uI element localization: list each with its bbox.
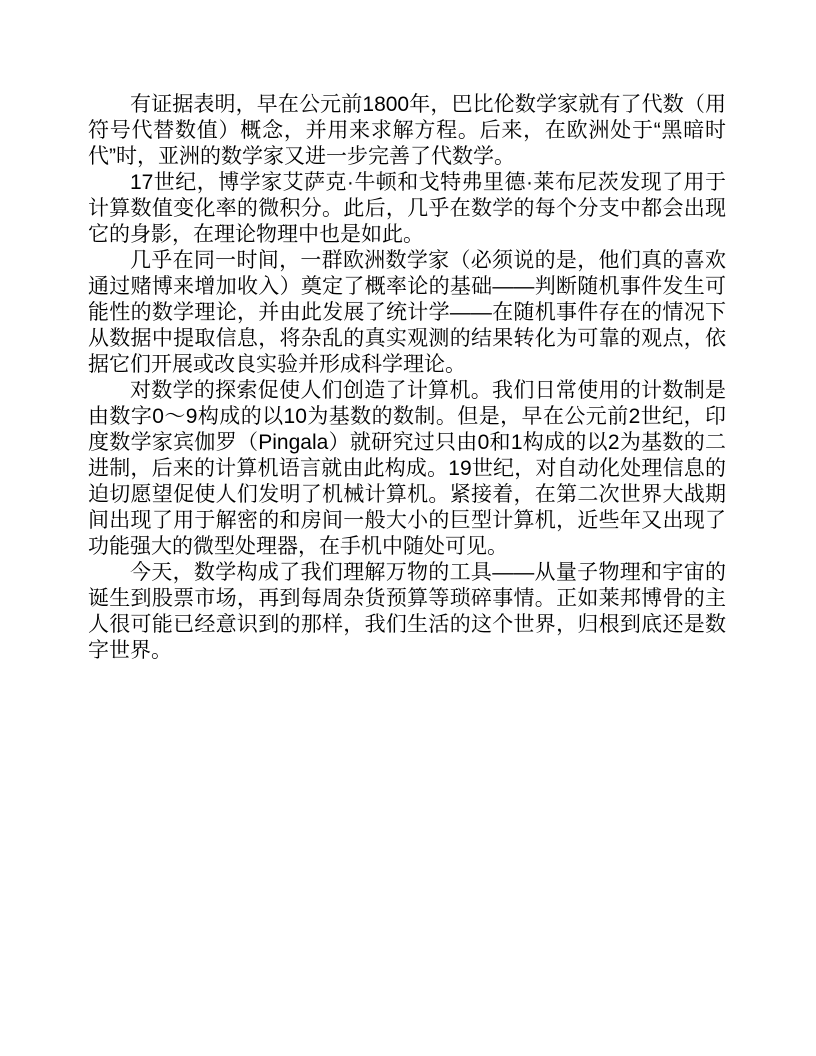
paragraph-conclusion: 今天，数学构成了我们理解万物的工具——从量子物理和宇宙的诞生到股票市场，再到每周… <box>88 560 726 664</box>
paragraph-algebra-history: 有证据表明，早在公元前1800年，巴比伦数学家就有了代数（用符号代替数值）概念，… <box>88 92 726 170</box>
document-page: 有证据表明，早在公元前1800年，巴比伦数学家就有了代数（用符号代替数值）概念，… <box>0 0 816 1056</box>
body-text: 有证据表明，早在公元前1800年，巴比伦数学家就有了代数（用符号代替数值）概念，… <box>88 92 726 664</box>
paragraph-calculus: 17世纪，博学家艾萨克·牛顿和戈特弗里德·莱布尼茨发现了用于计算数值变化率的微积… <box>88 170 726 248</box>
paragraph-probability-statistics: 几乎在同一时间，一群欧洲数学家（必须说的是，他们真的喜欢通过赌博来增加收入）奠定… <box>88 248 726 378</box>
paragraph-computers: 对数学的探索促使人们创造了计算机。我们日常使用的计数制是由数字0～9构成的以10… <box>88 378 726 560</box>
